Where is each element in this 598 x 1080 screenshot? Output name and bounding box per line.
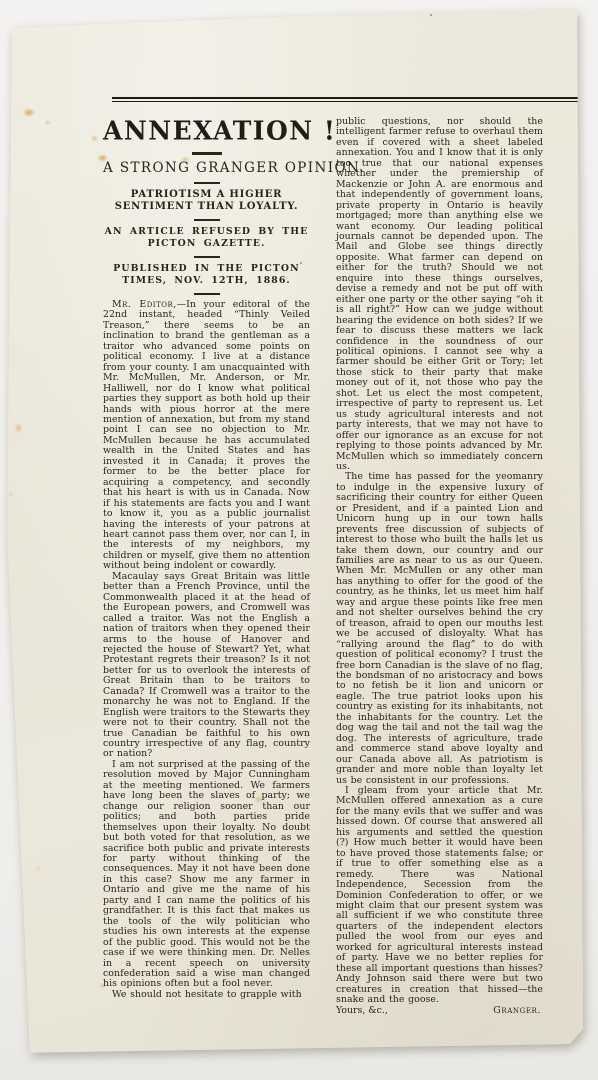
separator-dash — [194, 293, 220, 295]
scan-background: ANNEXATION ! A STRONG GRANGER OPINION. P… — [0, 0, 598, 1080]
ink-speck — [430, 14, 432, 16]
paragraph-continuation-start: We should not hesitate to grapple with — [103, 990, 310, 1000]
paragraph-resolution: I am not surprised at the passing of the… — [103, 760, 310, 990]
paragraph-gleam: I gleam from your article that Mr. McMul… — [336, 786, 543, 1006]
separator-dash — [194, 219, 220, 221]
separator-dash — [194, 182, 220, 184]
valediction: Yours, &c., — [336, 1006, 388, 1016]
foxing-stain — [88, 133, 101, 144]
signature: Granger. — [493, 1006, 541, 1016]
deck-published: PUBLISHED IN THE PICTON TIMES, NOV. 12TH… — [103, 263, 310, 287]
deck-patriotism: PATRIOTISM A HIGHER SENTIMENT THAN LOYAL… — [103, 189, 310, 213]
subheadline: A STRONG GRANGER OPINION. — [103, 160, 310, 176]
salutation-lead: Mr. Editor, — [112, 299, 177, 310]
paragraph-salutation: Mr. Editor,—In your editoral of the 22nd… — [103, 300, 310, 572]
foxing-stain — [43, 119, 52, 126]
foxing-stain — [6, 490, 15, 499]
left-column: ANNEXATION ! A STRONG GRANGER OPINION. P… — [103, 110, 310, 1000]
paragraph-public-questions: public questions, nor should the intelli… — [336, 117, 543, 472]
separator-dash — [192, 152, 222, 155]
masthead: ANNEXATION ! A STRONG GRANGER OPINION. P… — [103, 110, 310, 295]
paragraph-text: —In your editoral of the 22nd instant, h… — [103, 299, 310, 571]
deck-refused: AN ARTICLE REFUSED BY THE PICTON GAZETTE… — [103, 226, 310, 250]
paper-shadow: ANNEXATION ! A STRONG GRANGER OPINION. P… — [0, 0, 598, 1080]
separator-dash — [194, 256, 220, 258]
closing-line: Yours, &c., Granger. — [336, 1006, 543, 1016]
foxing-stain — [20, 106, 38, 119]
right-column: public questions, nor should the intelli… — [336, 117, 543, 1016]
document-page: ANNEXATION ! A STRONG GRANGER OPINION. P… — [0, 0, 598, 1072]
paragraph-yeomanry: The time has passed for the yeomanry to … — [336, 472, 543, 786]
masthead-rule — [112, 97, 579, 102]
paragraph-macaulay: Macaulay says Great Britain was little b… — [103, 572, 310, 760]
headline: ANNEXATION ! — [103, 109, 310, 145]
foxing-stain — [12, 420, 25, 436]
foxing-stain — [34, 864, 43, 873]
article-columns: ANNEXATION ! A STRONG GRANGER OPINION. P… — [103, 110, 543, 1016]
